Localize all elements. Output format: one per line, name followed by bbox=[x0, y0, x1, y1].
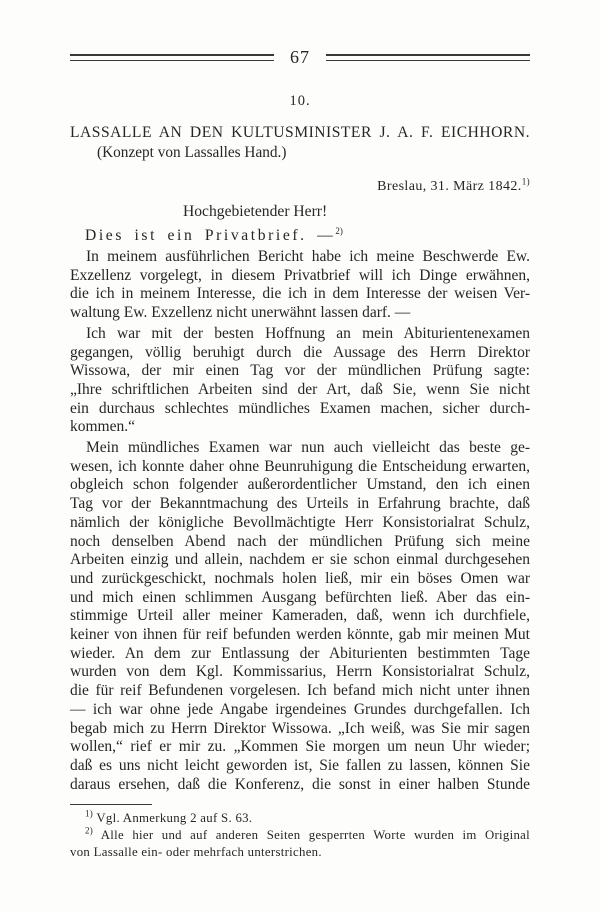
book-page: 67 10. LASSALLE AN DEN KULTUSMINISTER J.… bbox=[0, 0, 600, 913]
text-line: die für reif Befundenen vorgelesen. Ich … bbox=[70, 682, 530, 701]
section-number: 10. bbox=[70, 93, 530, 110]
footnote-marker: 2) bbox=[85, 826, 93, 836]
header-rule-right bbox=[326, 54, 530, 61]
salutation: Hochgebietender Herr! bbox=[70, 203, 530, 221]
text-line: und zurückgeschickt, nochmals holen ließ… bbox=[70, 570, 530, 589]
text-line: wesen, ich konnte daher ohne Beunruhigun… bbox=[70, 458, 530, 477]
document-subtitle: (Konzept von Lassalles Hand.) bbox=[70, 144, 530, 162]
text-line: die ich in meinem Interesse, die ich in … bbox=[70, 285, 530, 304]
text-line: waltung Ew. Exzellenz nicht unerwähnt la… bbox=[70, 304, 530, 323]
text-line: Ich war mit der besten Hoffnung an mein … bbox=[70, 325, 530, 344]
text-line: und mich einen schlimmen Ausgang befürch… bbox=[70, 589, 530, 608]
footnote-line: 2) Alle hier und auf anderen Seiten gesp… bbox=[70, 827, 530, 844]
opening-text: Dies ist ein Privatbrief. — bbox=[85, 227, 335, 244]
document-title: LASSALLE AN DEN KULTUSMINISTER J. A. F. … bbox=[70, 124, 530, 142]
dateline: Breslau, 31. März 1842.1) bbox=[70, 179, 530, 195]
text-line: wollen,“ rief er mir zu. „Kommen Sie mor… bbox=[70, 738, 530, 757]
footnote-marker: 1) bbox=[85, 809, 93, 819]
text-line: In meinem ausführlichen Bericht habe ich… bbox=[70, 248, 530, 267]
footnote-line: 1) Vgl. Anmerkung 2 auf S. 63. bbox=[70, 810, 530, 827]
footnote-ref-2: 2) bbox=[335, 226, 343, 236]
text-line: wieder. An dem zur Entlassung der Abitur… bbox=[70, 645, 530, 664]
text-line: stimmige Urteil aller meiner Kameraden, … bbox=[70, 607, 530, 626]
text-line: wurden von dem Kgl. Kommissarius, Herrn … bbox=[70, 663, 530, 682]
text-line: obgleich schon folgender außerordentlich… bbox=[70, 476, 530, 495]
text-line: gegangen, völlig beruhigt durch die Auss… bbox=[70, 344, 530, 363]
paragraph: Mein mündliches Examen war nun auch viel… bbox=[70, 439, 530, 794]
footnote-text: Vgl. Anmerkung 2 auf S. 63. bbox=[96, 811, 252, 825]
text-line: Exzellenz vorgelegt, in diesem Privatbri… bbox=[70, 267, 530, 286]
page-number: 67 bbox=[288, 48, 312, 66]
text-line: „Ihre schriftlichen Arbeiten sind der Ar… bbox=[70, 381, 530, 400]
footnote-ref-1: 1) bbox=[522, 176, 530, 186]
text-line: — ich war ohne jede Angabe irgendeines G… bbox=[70, 701, 530, 720]
text-line: Wissowa, der mir einen Tag vor der mündl… bbox=[70, 362, 530, 381]
footnote-line: von Lassalle ein- oder mehrfach unterstr… bbox=[70, 844, 530, 861]
text-line: Arbeiten einzig und allein, nachdem er s… bbox=[70, 551, 530, 570]
text-line: begab mich zu Herrn Direktor Wissowa. „I… bbox=[70, 720, 530, 739]
text-line: Tag vor der Bekanntmachung des Urteils i… bbox=[70, 495, 530, 514]
header-rule-left bbox=[70, 54, 274, 61]
text-line: ein durchaus schlechtes mündliches Exame… bbox=[70, 400, 530, 419]
paragraph: In meinem ausführlichen Bericht habe ich… bbox=[70, 248, 530, 323]
text-line: daraus ersehen, daß die Konferenz, die s… bbox=[70, 776, 530, 795]
paragraph: Ich war mit der besten Hoffnung an mein … bbox=[70, 325, 530, 437]
text-line: daß es uns nicht leicht geworden ist, Si… bbox=[70, 757, 530, 776]
footnotes: 1) Vgl. Anmerkung 2 auf S. 63.2) Alle hi… bbox=[70, 810, 530, 861]
opening-line: Dies ist ein Privatbrief. —2) bbox=[70, 227, 530, 245]
text-line: Mein mündliches Examen war nun auch viel… bbox=[70, 439, 530, 458]
text-line: noch denselben Abend nach der mündlichen… bbox=[70, 533, 530, 552]
letter-body: In meinem ausführlichen Bericht habe ich… bbox=[70, 248, 530, 794]
footnote-separator bbox=[70, 804, 152, 805]
dateline-text: Breslau, 31. März 1842. bbox=[377, 179, 522, 194]
text-line: nämlich der königliche Bevollmächtigte H… bbox=[70, 514, 530, 533]
page-header: 67 bbox=[70, 48, 530, 66]
text-line: keiner von ihnen für reif befunden werde… bbox=[70, 626, 530, 645]
text-line: kommen.“ bbox=[70, 418, 530, 437]
footnote-text: Alle hier und auf anderen Seiten gesperr… bbox=[101, 828, 530, 842]
